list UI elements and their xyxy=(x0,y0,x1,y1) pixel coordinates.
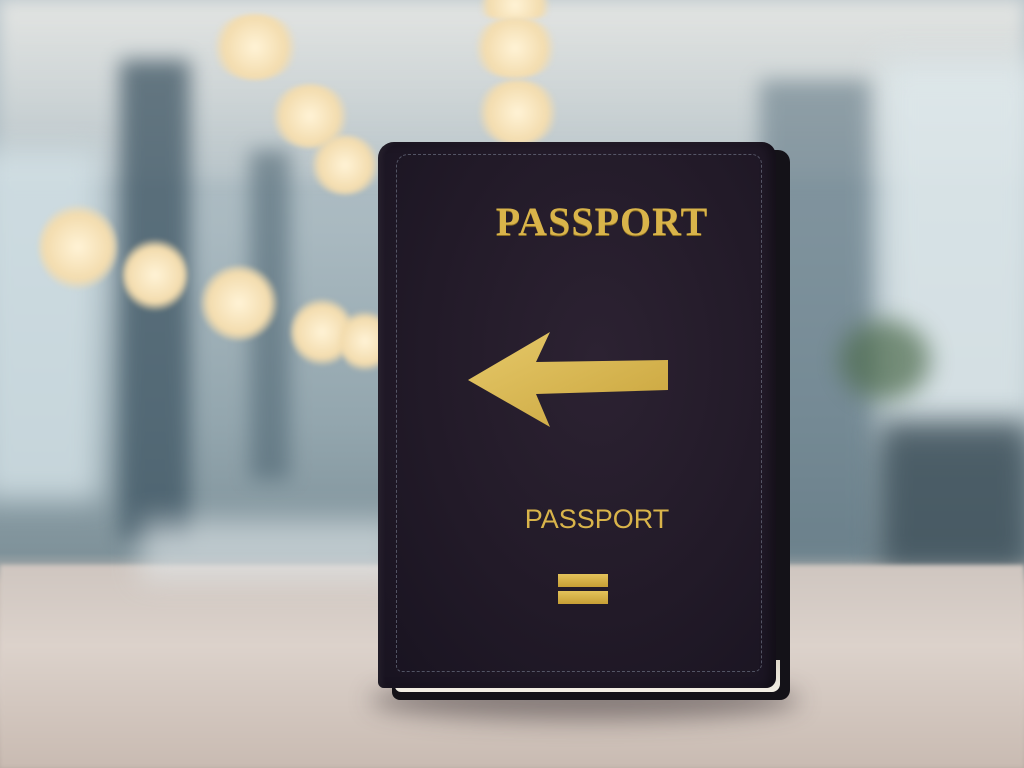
arrow-left-icon xyxy=(468,332,668,427)
chip-symbol xyxy=(558,591,608,604)
bokeh-light xyxy=(200,265,278,341)
background-window-left xyxy=(0,150,100,500)
photo-scene: PASSPORT PASSPORT xyxy=(0,0,1024,768)
bokeh-light xyxy=(475,80,560,145)
bokeh-light xyxy=(122,238,188,312)
passport: PASSPORT PASSPORT xyxy=(378,142,776,688)
passport-title: PASSPORT xyxy=(378,198,776,245)
bokeh-light xyxy=(470,18,560,78)
background-plant xyxy=(840,320,930,400)
passport-subtitle: PASSPORT xyxy=(378,504,776,535)
chip-symbol xyxy=(558,574,608,587)
bokeh-light xyxy=(310,135,380,195)
bokeh-light xyxy=(210,14,300,80)
bokeh-light xyxy=(38,204,118,290)
background-seating xyxy=(880,420,1024,570)
table-reflection xyxy=(140,520,400,580)
